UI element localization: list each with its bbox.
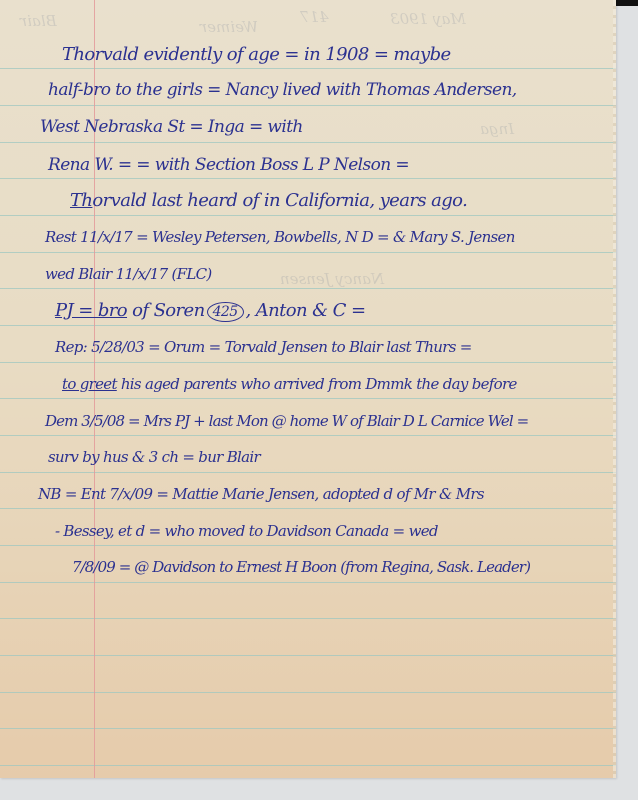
note-line-1: Thorvald evidently of age = in 1908 = ma… <box>62 44 451 65</box>
note-line-2: half-bro to the girls = Nancy lived with… <box>48 80 517 100</box>
note-line-3: West Nebraska St = Inga = with <box>40 117 303 137</box>
note-line-7: wed Blair 11/x/17 (FLC) <box>45 265 212 283</box>
note-line-11: Dem 3/5/08 = Mrs PJ + last Mon @ home W … <box>45 412 528 430</box>
bleed-through-text: Nancy Jensen <box>280 270 384 288</box>
rule-line <box>0 68 616 69</box>
underlined-text: Th <box>70 190 92 211</box>
underlined-text: PJ = bro <box>55 300 127 321</box>
rule-line <box>0 582 616 583</box>
note-line-4: Rena W. = = with Section Boss L P Nelson… <box>48 155 409 175</box>
rule-line <box>0 325 616 326</box>
bleed-through-text: Blair <box>20 12 57 30</box>
rule-line <box>0 252 616 253</box>
underlined-text: to greet <box>62 375 117 393</box>
rule-line <box>0 288 616 289</box>
rule-line <box>0 692 616 693</box>
note-line-5: Thorvald last heard of in California, ye… <box>70 190 467 211</box>
note-line-15: 7/8/09 = @ Davidson to Ernest H Boon (fr… <box>72 558 530 576</box>
rule-line <box>0 398 616 399</box>
rule-line <box>0 765 616 766</box>
rule-line <box>0 728 616 729</box>
bleed-through-text: Inga <box>480 120 514 138</box>
bleed-through-text: May 1903 <box>390 10 466 28</box>
ruled-paper-sheet: 417 Weimer May 1903 Blair Inga Nancy Jen… <box>0 0 616 778</box>
note-line-13: NB = Ent 7/x/09 = Mattie Marie Jensen, a… <box>38 485 484 503</box>
rule-line <box>0 435 616 436</box>
rule-line <box>0 618 616 619</box>
rule-line <box>0 178 616 179</box>
note-line-14: - Bessey, et d = who moved to Davidson C… <box>55 522 438 540</box>
rule-line <box>0 655 616 656</box>
note-line-6: Rest 11/x/17 = Wesley Petersen, Bowbells… <box>45 228 515 246</box>
bleed-through-text: Weimer <box>200 18 258 36</box>
circled-number: 425 <box>207 302 244 322</box>
note-line-10: to greet his aged parents who arrived fr… <box>62 375 517 393</box>
rule-line <box>0 508 616 509</box>
note-line-9: Rep: 5/28/03 = Orum = Torvald Jensen to … <box>55 338 472 356</box>
note-line-12: surv by hus & 3 ch = bur Blair <box>48 448 260 466</box>
bleed-through-text: 417 <box>300 8 329 26</box>
rule-line <box>0 105 616 106</box>
rule-line <box>0 545 616 546</box>
rule-line <box>0 142 616 143</box>
note-line-8: PJ = bro of Soren425, Anton & C = <box>55 300 365 322</box>
rule-line <box>0 362 616 363</box>
rule-line <box>0 215 616 216</box>
rule-line <box>0 472 616 473</box>
